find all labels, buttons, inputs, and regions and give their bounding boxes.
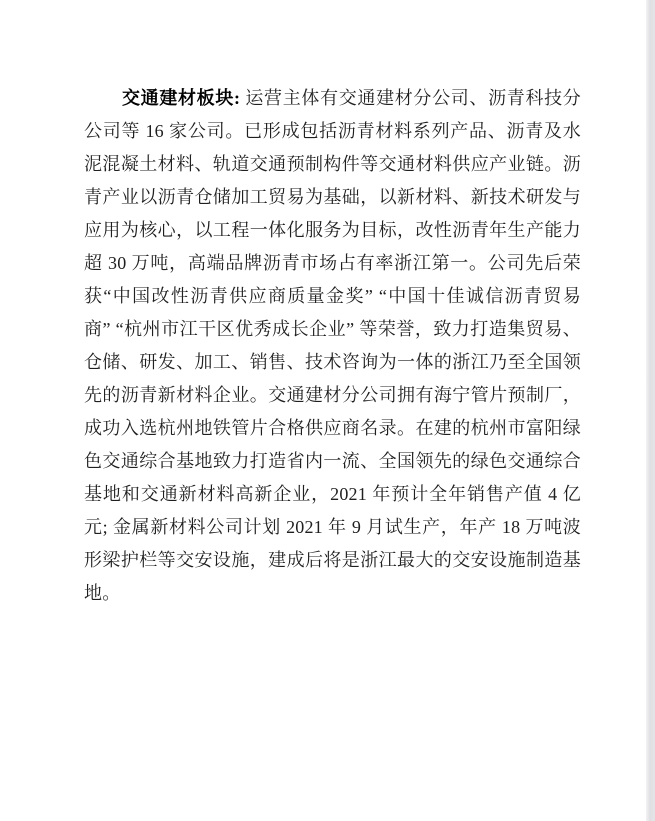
paragraph-line: 公司等 16 家公司。已形成包括沥青材料系列产品、沥青及水 [84, 115, 581, 148]
paragraph-line: 元; 金属新材料公司计划 2021 年 9 月试生产，年产 18 万吨波 [84, 511, 581, 544]
paragraph-line: 应用为核心，以工程一体化服务为目标，改性沥青年生产能力 [84, 214, 581, 247]
paragraph-line: 青产业以沥青仓储加工贸易为基础，以新材料、新技术研发与 [84, 181, 581, 214]
page-right-edge-shade [646, 0, 655, 821]
paragraph-line: 形梁护栏等交安设施，建成后将是浙江最大的交安设施制造基 [84, 544, 581, 577]
paragraph-line: 交通建材板块: 运营主体有交通建材分公司、沥青科技分 [84, 82, 581, 115]
paragraph-line: 色交通综合基地致力打造省内一流、全国领先的绿色交通综合 [84, 445, 581, 478]
paragraph-line: 商” “杭州市江干区优秀成长企业” 等荣誉，致力打造集贸易、 [84, 313, 581, 346]
paragraph-line: 泥混凝土材料、轨道交通预制构件等交通材料供应产业链。沥 [84, 148, 581, 181]
paragraph: 交通建材板块: 运营主体有交通建材分公司、沥青科技分 公司等 16 家公司。已形… [84, 82, 581, 610]
section-heading: 交通建材板块: [122, 88, 240, 108]
paragraph-line: 仓储、研发、加工、销售、技术咨询为一体的浙江乃至全国领 [84, 346, 581, 379]
paragraph-line: 先的沥青新材料企业。交通建材分公司拥有海宁管片预制厂， [84, 379, 581, 412]
paragraph-line: 基地和交通新材料高新企业，2021 年预计全年销售产值 4 亿 [84, 478, 581, 511]
paragraph-line: 获“中国改性沥青供应商质量金奖” “中国十佳诚信沥青贸易 [84, 280, 581, 313]
paragraph-text: 运营主体有交通建材分公司、沥青科技分 [240, 88, 581, 108]
paragraph-line: 超 30 万吨，高端品牌沥青市场占有率浙江第一。公司先后荣 [84, 247, 581, 280]
paragraph-line: 地。 [84, 577, 581, 610]
document-page: 交通建材板块: 运营主体有交通建材分公司、沥青科技分 公司等 16 家公司。已形… [0, 0, 655, 821]
paragraph-line: 成功入选杭州地铁管片合格供应商名录。在建的杭州市富阳绿 [84, 412, 581, 445]
